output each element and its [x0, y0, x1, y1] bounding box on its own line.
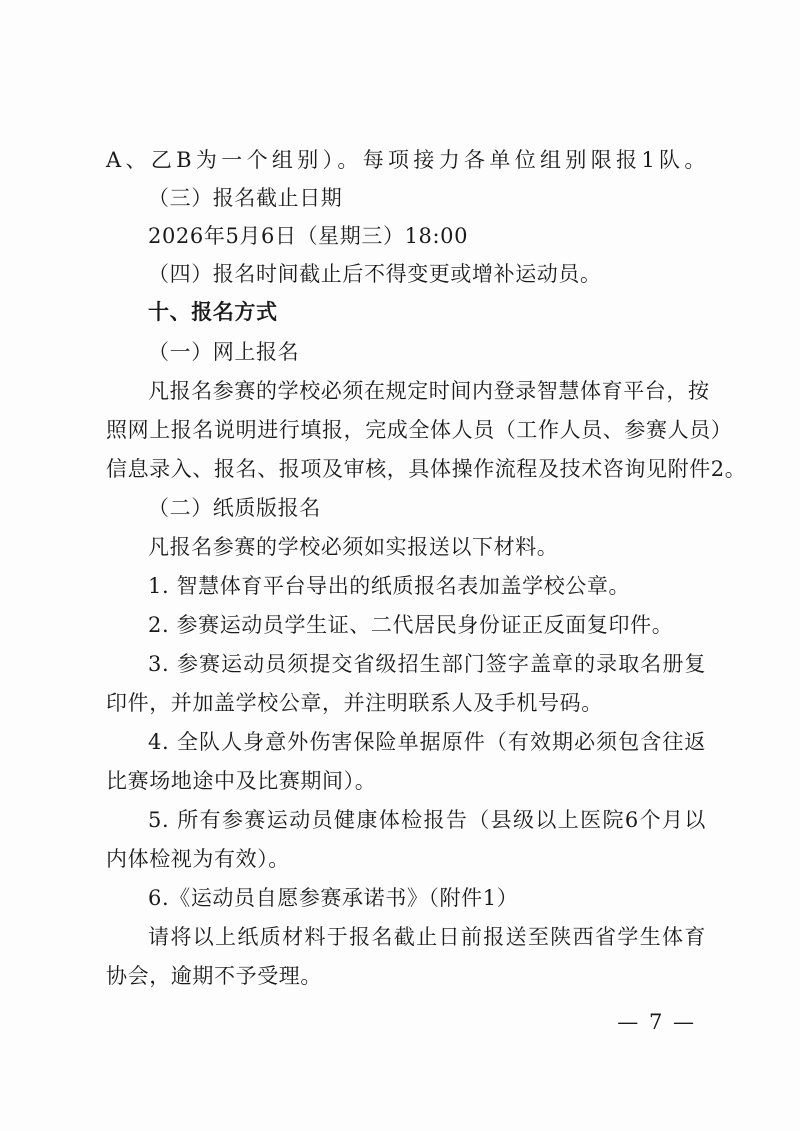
paragraph-submission-line-2: 协会，逾期不予受理。 — [106, 962, 706, 990]
paragraph-online-line-3: 信息录入、报名、报项及审核，具体操作流程及技术咨询见附件2。 — [106, 455, 706, 483]
list-item-1: 1. 智慧体育平台导出的纸质报名表加盖学校公章。 — [148, 572, 748, 600]
page-number: — 7 — — [617, 1008, 696, 1036]
paragraph-online-line-2: 照网上报名说明进行填报，完成全体人员（工作人员、参赛人员） — [106, 416, 706, 444]
paragraph-online-line-1: 凡报名参赛的学校必须在规定时间内登录智慧体育平台，按 — [148, 377, 706, 405]
subheading-no-changes: （四）报名时间截止后不得变更或增补运动员。 — [148, 260, 748, 288]
list-item-5-line-2: 内体检视为有效）。 — [106, 845, 706, 873]
deadline-date: 2026年5月6日（星期三）18:00 — [148, 222, 748, 250]
subheading-registration-deadline: （三）报名截止日期 — [148, 184, 748, 212]
list-item-2: 2. 参赛运动员学生证、二代居民身份证正反面复印件。 — [148, 611, 748, 639]
list-item-6: 6.《运动员自愿参赛承诺书》（附件1） — [148, 884, 748, 912]
paragraph-line-relay-limit: A、乙B为一个组别）。每项接力各单位组别限报1队。 — [106, 146, 706, 174]
subheading-paper-registration: （二）纸质版报名 — [148, 494, 748, 522]
list-item-4-line-1: 4. 全队人身意外伤害保险单据原件（有效期必须包含往返 — [148, 728, 706, 756]
document-page: A、乙B为一个组别）。每项接力各单位组别限报1队。 （三）报名截止日期 2026… — [0, 0, 800, 1131]
section-heading-registration-method: 十、报名方式 — [148, 298, 748, 326]
subheading-online-registration: （一）网上报名 — [148, 338, 748, 366]
paragraph-paper-intro: 凡报名参赛的学校必须如实报送以下材料。 — [148, 533, 748, 561]
list-item-3-line-2: 印件，并加盖学校公章，并注明联系人及手机号码。 — [106, 689, 706, 717]
list-item-4-line-2: 比赛场地途中及比赛期间）。 — [106, 767, 706, 795]
paragraph-submission-line-1: 请将以上纸质材料于报名截止日前报送至陕西省学生体育 — [148, 923, 706, 951]
list-item-5-line-1: 5. 所有参赛运动员健康体检报告（县级以上医院6个月以 — [148, 806, 706, 834]
list-item-3-line-1: 3. 参赛运动员须提交省级招生部门签字盖章的录取名册复 — [148, 650, 706, 678]
